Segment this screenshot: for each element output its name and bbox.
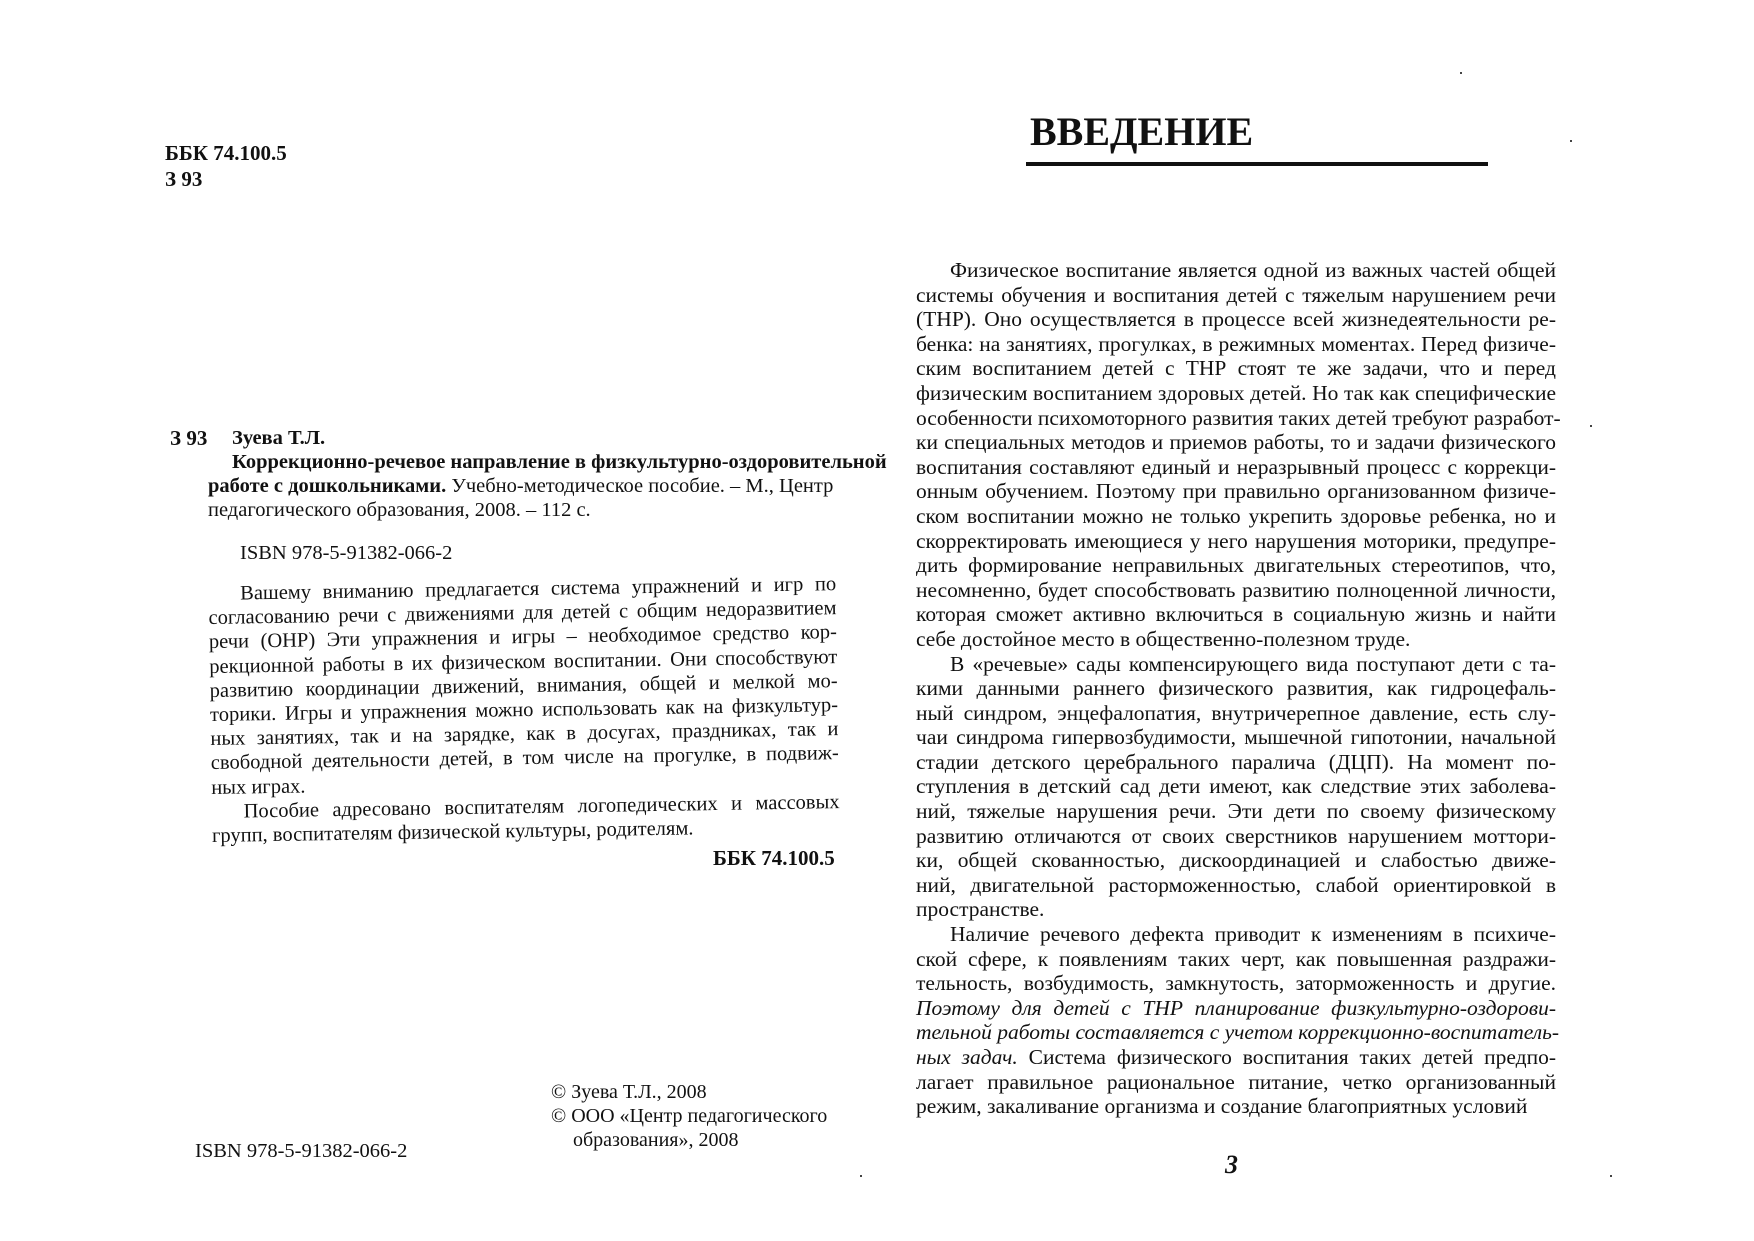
body-line: ний, двигательной расторможенностью, сла… — [916, 873, 1556, 898]
body-line: скорректировать имеющиеся у него нарушен… — [916, 529, 1556, 554]
body-line: бенка: на занятиях, прогулках, в режимны… — [916, 332, 1556, 357]
body-line: Наличие речевого дефекта приводит к изме… — [916, 922, 1556, 947]
body-line: ступления в детский сад дети имеют, как … — [916, 774, 1556, 799]
isbn-bottom: ISBN 978-5-91382-066-2 — [195, 1140, 407, 1163]
body-line: тельной работы составляется с учетом кор… — [916, 1020, 1556, 1045]
heading-rule — [1026, 162, 1488, 166]
catalog-publisher: педагогического образования, 2008. – 112… — [208, 499, 591, 521]
body-line: дить формирование неправильных двигатель… — [916, 553, 1556, 578]
body-line: стадии детского церебрального паралича (… — [916, 750, 1556, 775]
body-line: которая сможет активно включиться в соци… — [916, 602, 1556, 627]
body-line: несомненно, будет способствовать развити… — [916, 578, 1556, 603]
catalog-line: работе с дошкольниками. Учебно-методичес… — [208, 474, 840, 498]
book-title-cont: работе с дошкольниками. — [208, 475, 446, 497]
body-line: ки, общей скованностью, дискоординацией … — [916, 848, 1556, 873]
body-line: развитию отличаются от своих сверстников… — [916, 824, 1556, 849]
catalog-line: Коррекционно-речевое направление в физку… — [232, 450, 840, 474]
bbk-code: ББК 74.100.5 — [165, 140, 287, 166]
body-line: ским воспитанием детей с ТНР стоят те же… — [916, 356, 1556, 381]
body-line: Физическое воспитание является одной из … — [916, 258, 1556, 283]
body-line: ний, тяжелые нарушения речи. Эти дети по… — [916, 799, 1556, 824]
catalog-line: педагогического образования, 2008. – 112… — [208, 498, 840, 522]
body-line: тельность, возбудимость, замкнутость, за… — [916, 971, 1556, 996]
body-line: кими данными раннего физического развити… — [916, 676, 1556, 701]
isbn-catalog: ISBN 978-5-91382-066-2 — [240, 542, 452, 565]
body-line: пространстве. — [916, 897, 1556, 922]
catalog-desc: Учебно-методическое пособие. – М., Центр — [446, 475, 833, 497]
scan-speck — [1590, 425, 1592, 427]
body-line: ных задач. Система физического воспитани… — [916, 1045, 1556, 1070]
copyright-line: образования», 2008 — [551, 1128, 827, 1152]
body-line: режим, закаливание организма и создание … — [916, 1094, 1556, 1119]
copyright-line: © Зуева Т.Л., 2008 — [551, 1080, 827, 1104]
book-title: Коррекционно-речевое направление в физку… — [232, 451, 887, 473]
scan-speck — [1570, 140, 1572, 142]
body-line: В «речевые» сады компенсирующего вида по… — [916, 652, 1556, 677]
author-mark: З 93 — [165, 166, 287, 192]
bbk-index-top: ББК 74.100.5 З 93 — [165, 140, 287, 192]
bbk-index-bottom: ББК 74.100.5 — [713, 846, 835, 871]
body-line: ки специальных методов и приемов работы,… — [916, 430, 1556, 455]
body-line: особенности психомоторного развития таки… — [916, 406, 1556, 431]
emphasis-text: ных задач. — [916, 1045, 1018, 1069]
chapter-heading: ВВЕДЕНИЕ — [1030, 108, 1253, 155]
body-line: ской сфере, к появлениям таких черт, как… — [916, 947, 1556, 972]
body-text: Система физического воспитания таких дет… — [1018, 1045, 1556, 1069]
catalog-author: Зуева Т.Л. — [232, 426, 325, 450]
copyright-line: © ООО «Центр педагогического — [551, 1104, 827, 1128]
catalog-code: З 93 — [170, 426, 207, 450]
body-line: системы обучения и воспитания детей с тя… — [916, 283, 1556, 308]
scan-speck — [1610, 1175, 1612, 1177]
body-line: воспитания составляют единый и неразрывн… — [916, 455, 1556, 480]
body-line: Поэтому для детей с ТНР планирование физ… — [916, 996, 1556, 1021]
body-line: онным обучением. Поэтому при правильно о… — [916, 479, 1556, 504]
page-number: 3 — [1225, 1150, 1238, 1180]
body-line: физическим воспитанием здоровых детей. Н… — [916, 381, 1556, 406]
scan-speck — [1460, 72, 1462, 74]
abstract: Вашему вниманию предлагается система упр… — [208, 572, 840, 848]
body-line: лагает правильное рациональное питание, … — [916, 1070, 1556, 1095]
body-line: ный синдром, энцефалопатия, внутричерепн… — [916, 701, 1556, 726]
body-line: чаи синдрома гипервозбудимости, мышечной… — [916, 725, 1556, 750]
body-line: себе достойное место в общественно-полез… — [916, 627, 1556, 652]
body-line: (ТНР). Оно осуществляется в процессе все… — [916, 307, 1556, 332]
scan-speck — [860, 1175, 862, 1177]
body-line: ском воспитании можно не только укрепить… — [916, 504, 1556, 529]
copyright-block: © Зуева Т.Л., 2008 © ООО «Центр педагоги… — [551, 1080, 827, 1152]
intro-body: Физическое воспитание является одной из … — [916, 258, 1556, 1119]
